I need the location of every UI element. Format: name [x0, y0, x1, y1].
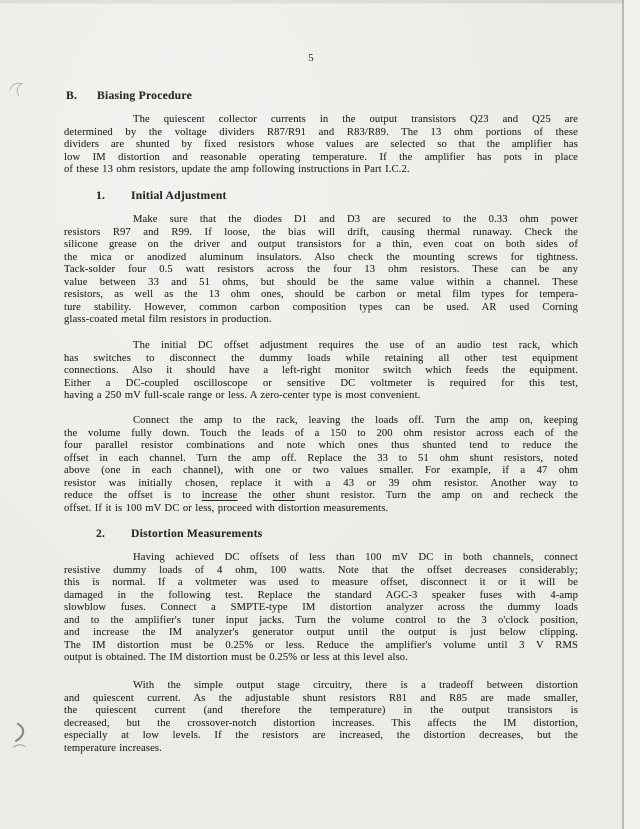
heading-title: Distortion Measurements [131, 527, 262, 540]
text-line: output is obtained. The IM distortion mu… [64, 652, 578, 665]
text-line: damaged in the following test. Replace t… [64, 590, 578, 603]
heading-title: Initial Adjustment [131, 189, 227, 202]
text-line: decreased, but the crossover-notch disto… [64, 718, 578, 731]
text-line: The initial DC offset adjustment require… [64, 340, 578, 353]
text-line: ture stability. However, common carbon c… [64, 302, 578, 315]
text-line: resistors R97 and R99. If loose, the bia… [64, 227, 578, 240]
text-line: resistors, as well as the 13 ohm ones, s… [64, 289, 578, 302]
paragraph: The quiescent collector currents in the … [64, 114, 578, 177]
paragraph: The initial DC offset adjustment require… [64, 340, 578, 403]
heading-number: 1. [96, 189, 131, 202]
text-line: silicone grease on the driver and output… [64, 239, 578, 252]
pencil-mark-icon [10, 722, 36, 752]
text-line: this is normal. If a voltmeter was used … [64, 577, 578, 590]
text-line: Either a DC-coupled oscilloscope or sens… [64, 378, 578, 391]
scan-background-strip [624, 0, 640, 829]
text-line: dividers are shunted by fixed resistors … [64, 139, 578, 152]
text-line: Connect the amp to the rack, leaving the… [64, 415, 578, 428]
text-line: and quiescent current. As the adjustable… [64, 693, 578, 706]
text-line: especially at low levels. If the resisto… [64, 730, 578, 743]
text-line: The IM distortion must be 0.25% or less.… [64, 640, 578, 653]
heading-B: B.Biasing Procedure [64, 89, 580, 102]
text-line: offset. If it is 100 mV DC or less, proc… [64, 503, 578, 516]
text-line: Having achieved DC offsets of less than … [64, 552, 578, 565]
paragraph: Having achieved DC offsets of less than … [64, 552, 578, 665]
text-line: glass-coated metal film resistors in pro… [64, 314, 578, 327]
text-line: The quiescent collector currents in the … [64, 114, 578, 127]
underlined-text: increase [202, 490, 238, 501]
paragraph: With the simple output stage circuitry, … [64, 680, 578, 755]
text-line: Make sure that the diodes D1 and D3 are … [64, 214, 578, 227]
scanned-page-paper: 5 B.Biasing ProcedureThe quiescent colle… [0, 0, 640, 829]
page-edge-line [622, 0, 624, 829]
text-line: determined by the voltage dividers R87/R… [64, 127, 578, 140]
heading-title: Biasing Procedure [97, 89, 192, 102]
text-line: has switches to disconnect the dummy loa… [64, 353, 578, 366]
text-line: resistive dummy loads of 4 ohm, 100 watt… [64, 565, 578, 578]
text-line: Tack-solder four 0.5 watt resistors acro… [64, 264, 578, 277]
text-line: temperature increases. [64, 743, 578, 756]
text-line: connections. Also it should have a left-… [64, 365, 578, 378]
text-segment: shunt resistor. Turn the amp on and rech… [295, 490, 578, 501]
text-line: offset in each channel. Turn the amp off… [64, 453, 578, 466]
heading-number: 2. [96, 527, 131, 540]
text-line: and increase the IM analyzer's generator… [64, 627, 578, 640]
page-number: 5 [0, 52, 622, 64]
text-line: low IM distortion and reasonable operati… [64, 152, 578, 165]
text-line: reduce the offset is to increase the oth… [64, 490, 578, 503]
text-line: value between 33 and 51 ohms, but should… [64, 277, 578, 290]
text-segment: the [237, 490, 272, 501]
text-line: the mica or anodized aluminum insulators… [64, 252, 578, 265]
text-line: the volume fully down. Touch the leads o… [64, 428, 578, 441]
text-line: slowblow fuses. Connect a SMPTE-type IM … [64, 602, 578, 615]
text-line: of these 13 ohm resistors, update the am… [64, 164, 578, 177]
text-line: above (one in each channel), with one or… [64, 465, 578, 478]
text-line: resistor was initially chosen, replace i… [64, 478, 578, 491]
text-line: and to the amplifier's tuner input jacks… [64, 615, 578, 628]
text-line: the quiescent current (and therefore the… [64, 705, 578, 718]
pencil-mark-icon [8, 80, 32, 100]
text-segment: reduce the offset is to [64, 490, 202, 501]
heading-2: 2.Distortion Measurements [64, 527, 610, 540]
underlined-text: other [273, 490, 295, 501]
text-line: With the simple output stage circuitry, … [64, 680, 578, 693]
heading-number: B. [66, 89, 97, 102]
text-line: having a 250 mV full-scale range or less… [64, 390, 578, 403]
text-line: four parallel resistor combinations and … [64, 440, 578, 453]
heading-1: 1.Initial Adjustment [64, 189, 610, 202]
paragraph: Make sure that the diodes D1 and D3 are … [64, 214, 578, 327]
paragraph: Connect the amp to the rack, leaving the… [64, 415, 578, 515]
